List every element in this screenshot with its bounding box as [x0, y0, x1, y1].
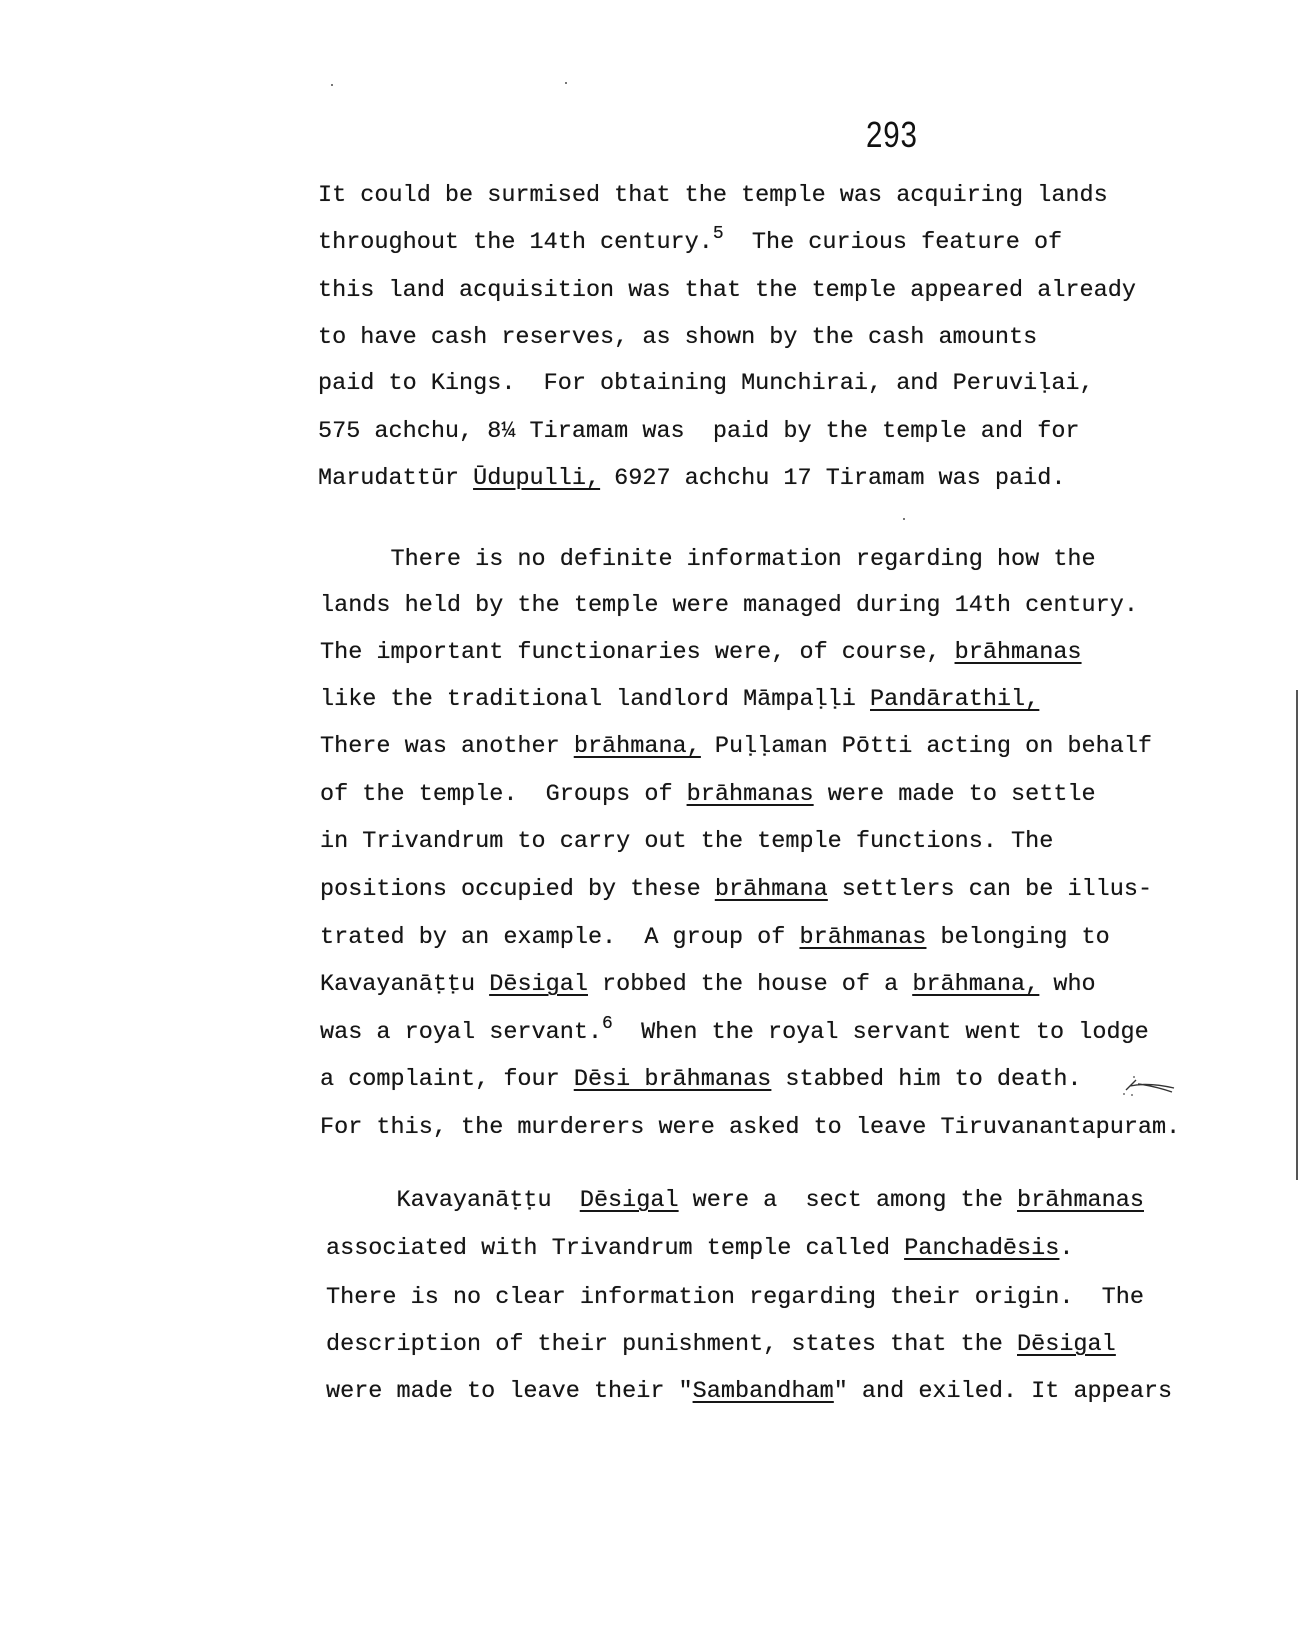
text-run: Kavayanāṭṭu: [326, 1187, 580, 1214]
text-run: a complaint, four: [320, 1066, 574, 1093]
text-run: to have cash reserves, as shown by the c…: [318, 324, 1037, 351]
underlined-term: brāhmanas: [1017, 1187, 1144, 1214]
text-run: like the traditional landlord Māmpaḷḷi: [320, 686, 870, 713]
text-run: When the royal servant went to lodge: [613, 1019, 1149, 1046]
text-run: There is no clear information regarding …: [326, 1284, 1144, 1311]
underlined-term: brāhmana: [715, 876, 828, 903]
text-run: associated with Trivandrum temple called: [326, 1235, 904, 1262]
text-line: positions occupied by these brāhmana set…: [320, 878, 1152, 902]
page-number: 293: [866, 114, 918, 156]
underlined-term: Pandārathil,: [870, 686, 1039, 713]
text-run: in Trivandrum to carry out the temple fu…: [320, 828, 1053, 855]
text-line: in Trivandrum to carry out the temple fu…: [320, 830, 1053, 854]
text-run: was a royal servant.: [320, 1019, 602, 1046]
text-line: was a royal servant.6 When the royal ser…: [320, 1021, 1149, 1045]
text-line: this land acquisition was that the templ…: [318, 279, 1136, 303]
text-run: lands held by the temple were managed du…: [320, 592, 1138, 619]
scan-speck: [903, 518, 905, 520]
text-run: robbed the house of a: [588, 971, 912, 998]
underlined-term: Sambandham: [693, 1378, 834, 1405]
underlined-term: brāhmanas: [955, 639, 1082, 666]
underlined-term: Panchadēsis: [904, 1235, 1059, 1262]
text-line: a complaint, four Dēsi brāhmanas stabbed…: [320, 1068, 1082, 1092]
text-run: The curious feature of: [724, 229, 1062, 256]
text-run: this land acquisition was that the templ…: [318, 277, 1136, 304]
text-run: It could be surmised that the temple was…: [318, 182, 1108, 209]
text-line: of the temple. Groups of brāhmanas were …: [320, 783, 1096, 807]
text-line: paid to Kings. For obtaining Munchirai, …: [318, 372, 1094, 396]
document-page: 293 It could be surmised that the temple…: [0, 0, 1302, 1641]
text-run: 6927 achchu 17 Tiramam was paid.: [600, 465, 1065, 492]
text-line: like the traditional landlord Māmpaḷḷi P…: [320, 688, 1039, 712]
text-run: were made to leave their ": [326, 1378, 693, 1405]
text-line: description of their punishment, states …: [326, 1333, 1116, 1357]
text-run: stabbed him to death.: [771, 1066, 1081, 1093]
text-run: There is no definite information regardi…: [320, 546, 1096, 573]
text-run: description of their punishment, states …: [326, 1331, 1017, 1358]
underlined-term: Dēsi brāhmanas: [574, 1066, 771, 1093]
text-run: " and exiled. It appears: [834, 1378, 1172, 1405]
text-line: The important functionaries were, of cou…: [320, 641, 1082, 665]
text-run: .: [1059, 1235, 1073, 1262]
underlined-term: brāhmanas: [799, 924, 926, 951]
text-line: For this, the murderers were asked to le…: [320, 1116, 1180, 1140]
underlined-term: brāhmana,: [912, 971, 1039, 998]
text-run: settlers can be illus-: [828, 876, 1152, 903]
scan-speck: [331, 84, 333, 86]
text-line: Kavayanāṭṭu Dēsigal robbed the house of …: [320, 973, 1096, 997]
text-run: were made to settle: [814, 781, 1096, 808]
text-run: For this, the murderers were asked to le…: [320, 1114, 1180, 1141]
text-run: who: [1039, 971, 1095, 998]
scan-speck: [565, 82, 567, 84]
footnote-marker: 5: [713, 224, 724, 244]
text-line: were made to leave their "Sambandham" an…: [326, 1380, 1172, 1404]
underlined-term: Dēsigal: [1017, 1331, 1116, 1358]
text-run: trated by an example. A group of: [320, 924, 799, 951]
text-run: The important functionaries were, of cou…: [320, 639, 955, 666]
text-line: There is no definite information regardi…: [320, 548, 1096, 572]
text-line: There was another brāhmana, Puḷḷaman Pōt…: [320, 735, 1152, 759]
underlined-term: Dēsigal: [580, 1187, 679, 1214]
text-line: lands held by the temple were managed du…: [320, 594, 1138, 618]
text-run: positions occupied by these: [320, 876, 715, 903]
text-run: of the temple. Groups of: [320, 781, 687, 808]
text-run: were a sect among the: [679, 1187, 1017, 1214]
text-run: throughout the 14th century.: [318, 229, 713, 256]
underlined-term: brāhmana,: [574, 733, 701, 760]
text-run: Kavayanāṭṭu: [320, 971, 489, 998]
text-line: trated by an example. A group of brāhman…: [320, 926, 1110, 950]
footnote-marker: 6: [602, 1014, 613, 1034]
text-line: 575 achchu, 8¼ Tiramam was paid by the t…: [318, 420, 1080, 444]
text-run: Marudattūr: [318, 465, 473, 492]
text-line: throughout the 14th century.5 The curiou…: [318, 231, 1062, 255]
margin-line: [1296, 690, 1298, 1180]
underlined-term: Dēsigal: [489, 971, 588, 998]
text-run: belonging to: [926, 924, 1109, 951]
text-line: Kavayanāṭṭu Dēsigal were a sect among th…: [326, 1189, 1144, 1213]
text-line: It could be surmised that the temple was…: [318, 184, 1108, 208]
text-line: associated with Trivandrum temple called…: [326, 1237, 1073, 1261]
underlined-term: brāhmanas: [687, 781, 814, 808]
text-line: Marudattūr Ūdupulli, 6927 achchu 17 Tira…: [318, 467, 1065, 491]
text-run: 575 achchu, 8¼ Tiramam was paid by the t…: [318, 418, 1080, 445]
underlined-term: Ūdupulli,: [473, 465, 600, 492]
text-run: There was another: [320, 733, 574, 760]
text-line: to have cash reserves, as shown by the c…: [318, 326, 1037, 350]
handwritten-mark-icon: [1120, 1072, 1180, 1098]
text-run: Puḷḷaman Pōtti acting on behalf: [701, 733, 1152, 760]
text-run: paid to Kings. For obtaining Munchirai, …: [318, 370, 1094, 397]
text-line: There is no clear information regarding …: [326, 1286, 1144, 1310]
